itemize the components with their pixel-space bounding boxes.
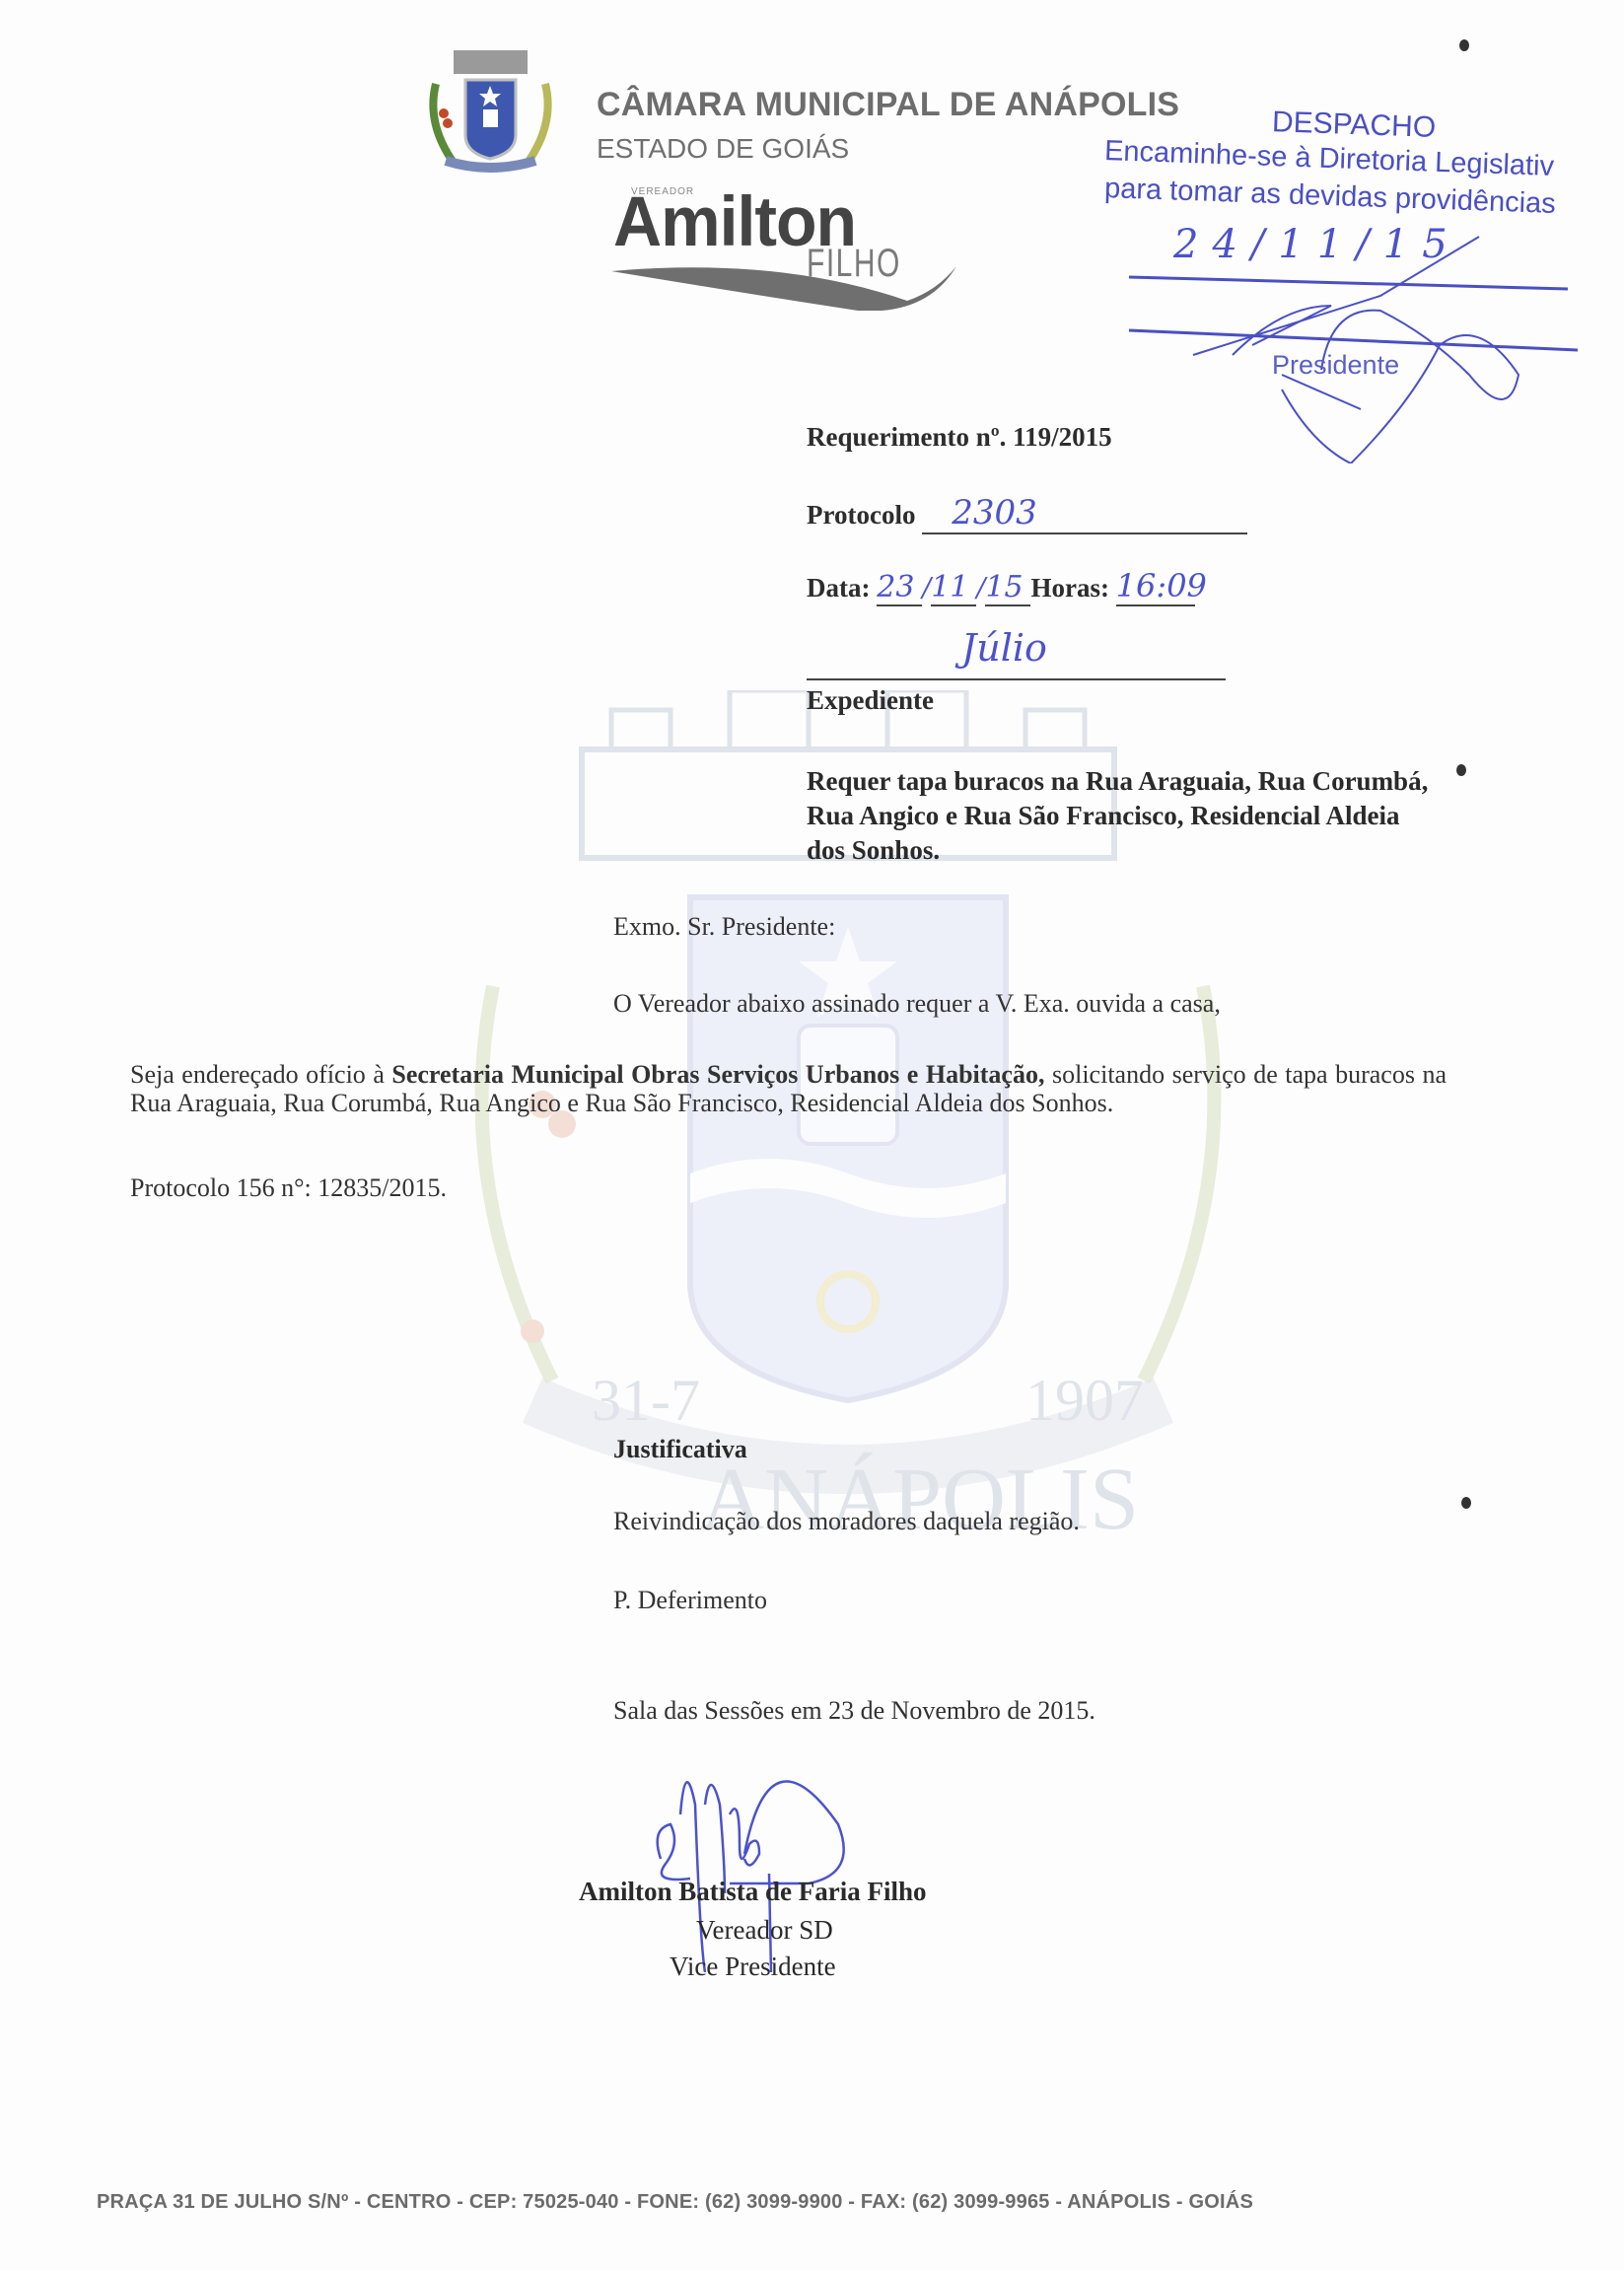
request-subject: Requer tapa buracos na Rua Araguaia, Rua… — [807, 764, 1438, 868]
signer-position: Vice Presidente — [670, 1952, 836, 1982]
intro-paragraph: O Vereador abaixo assinado requer a V. E… — [613, 989, 1221, 1019]
data-day: 23 — [877, 570, 922, 606]
data-month: 11 — [931, 570, 976, 606]
protocolo-value: 2303 — [922, 493, 1247, 534]
signature-line — [807, 678, 1226, 680]
logo-swoosh-icon — [611, 261, 956, 311]
svg-text:31-7: 31-7 — [592, 1368, 700, 1433]
data-label: Data: — [807, 573, 870, 603]
horas-label: Horas: — [1030, 573, 1108, 603]
scan-mark-dot — [1459, 39, 1469, 51]
justificativa-text: Reivindicação dos moradores daquela regi… — [613, 1507, 1080, 1536]
scan-mark-dot — [1456, 764, 1466, 776]
svg-text:1907: 1907 — [1025, 1368, 1144, 1433]
municipal-coat-of-arms-icon — [424, 44, 557, 182]
scan-mark-dot — [1461, 1497, 1471, 1509]
protocolo-field: Protocolo 2303 — [807, 493, 1247, 534]
data-year: 15 — [985, 570, 1030, 606]
dispatch-stamp-signature-label: Presidente — [1272, 350, 1399, 381]
councilor-logo-title: VEREADOR — [631, 186, 694, 197]
protocol-reference: Protocolo 156 n°: 12835/2015. — [130, 1173, 447, 1203]
request-paragraph: Seja endereçado ofício à Secretaria Muni… — [130, 1060, 1447, 1117]
dispatch-stamp-title: DESPACHO — [1271, 106, 1436, 145]
session-date: Sala das Sessões em 23 de Novembro de 20… — [613, 1696, 1095, 1726]
requerimento-number: Requerimento nº. 119/2015 — [807, 422, 1112, 453]
horas-value: 16:09 — [1116, 567, 1195, 606]
data-horas-field: Data: 23/11/15Horas: 16:09 — [807, 567, 1195, 606]
signer-name: Amilton Batista de Faria Filho — [579, 1877, 927, 1907]
signer-role: Vereador SD — [696, 1915, 833, 1946]
receiver-signature: Júlio — [961, 626, 1047, 670]
protocolo-label: Protocolo — [807, 500, 915, 530]
deferimento-text: P. Deferimento — [613, 1586, 767, 1615]
recipient-department: Secretaria Municipal Obras Serviços Urba… — [391, 1060, 1044, 1089]
organization-state: ESTADO DE GOIÁS — [597, 133, 849, 165]
justificativa-heading: Justificativa — [613, 1435, 747, 1464]
organization-name: CÂMARA MUNICIPAL DE ANÁPOLIS — [597, 86, 1179, 124]
footer-address: PRAÇA 31 DE JULHO S/Nº - CENTRO - CEP: 7… — [97, 2191, 1253, 2214]
expediente-label: Expediente — [807, 685, 934, 716]
president-signature-icon — [1085, 197, 1624, 463]
salutation: Exmo. Sr. Presidente: — [613, 912, 835, 942]
